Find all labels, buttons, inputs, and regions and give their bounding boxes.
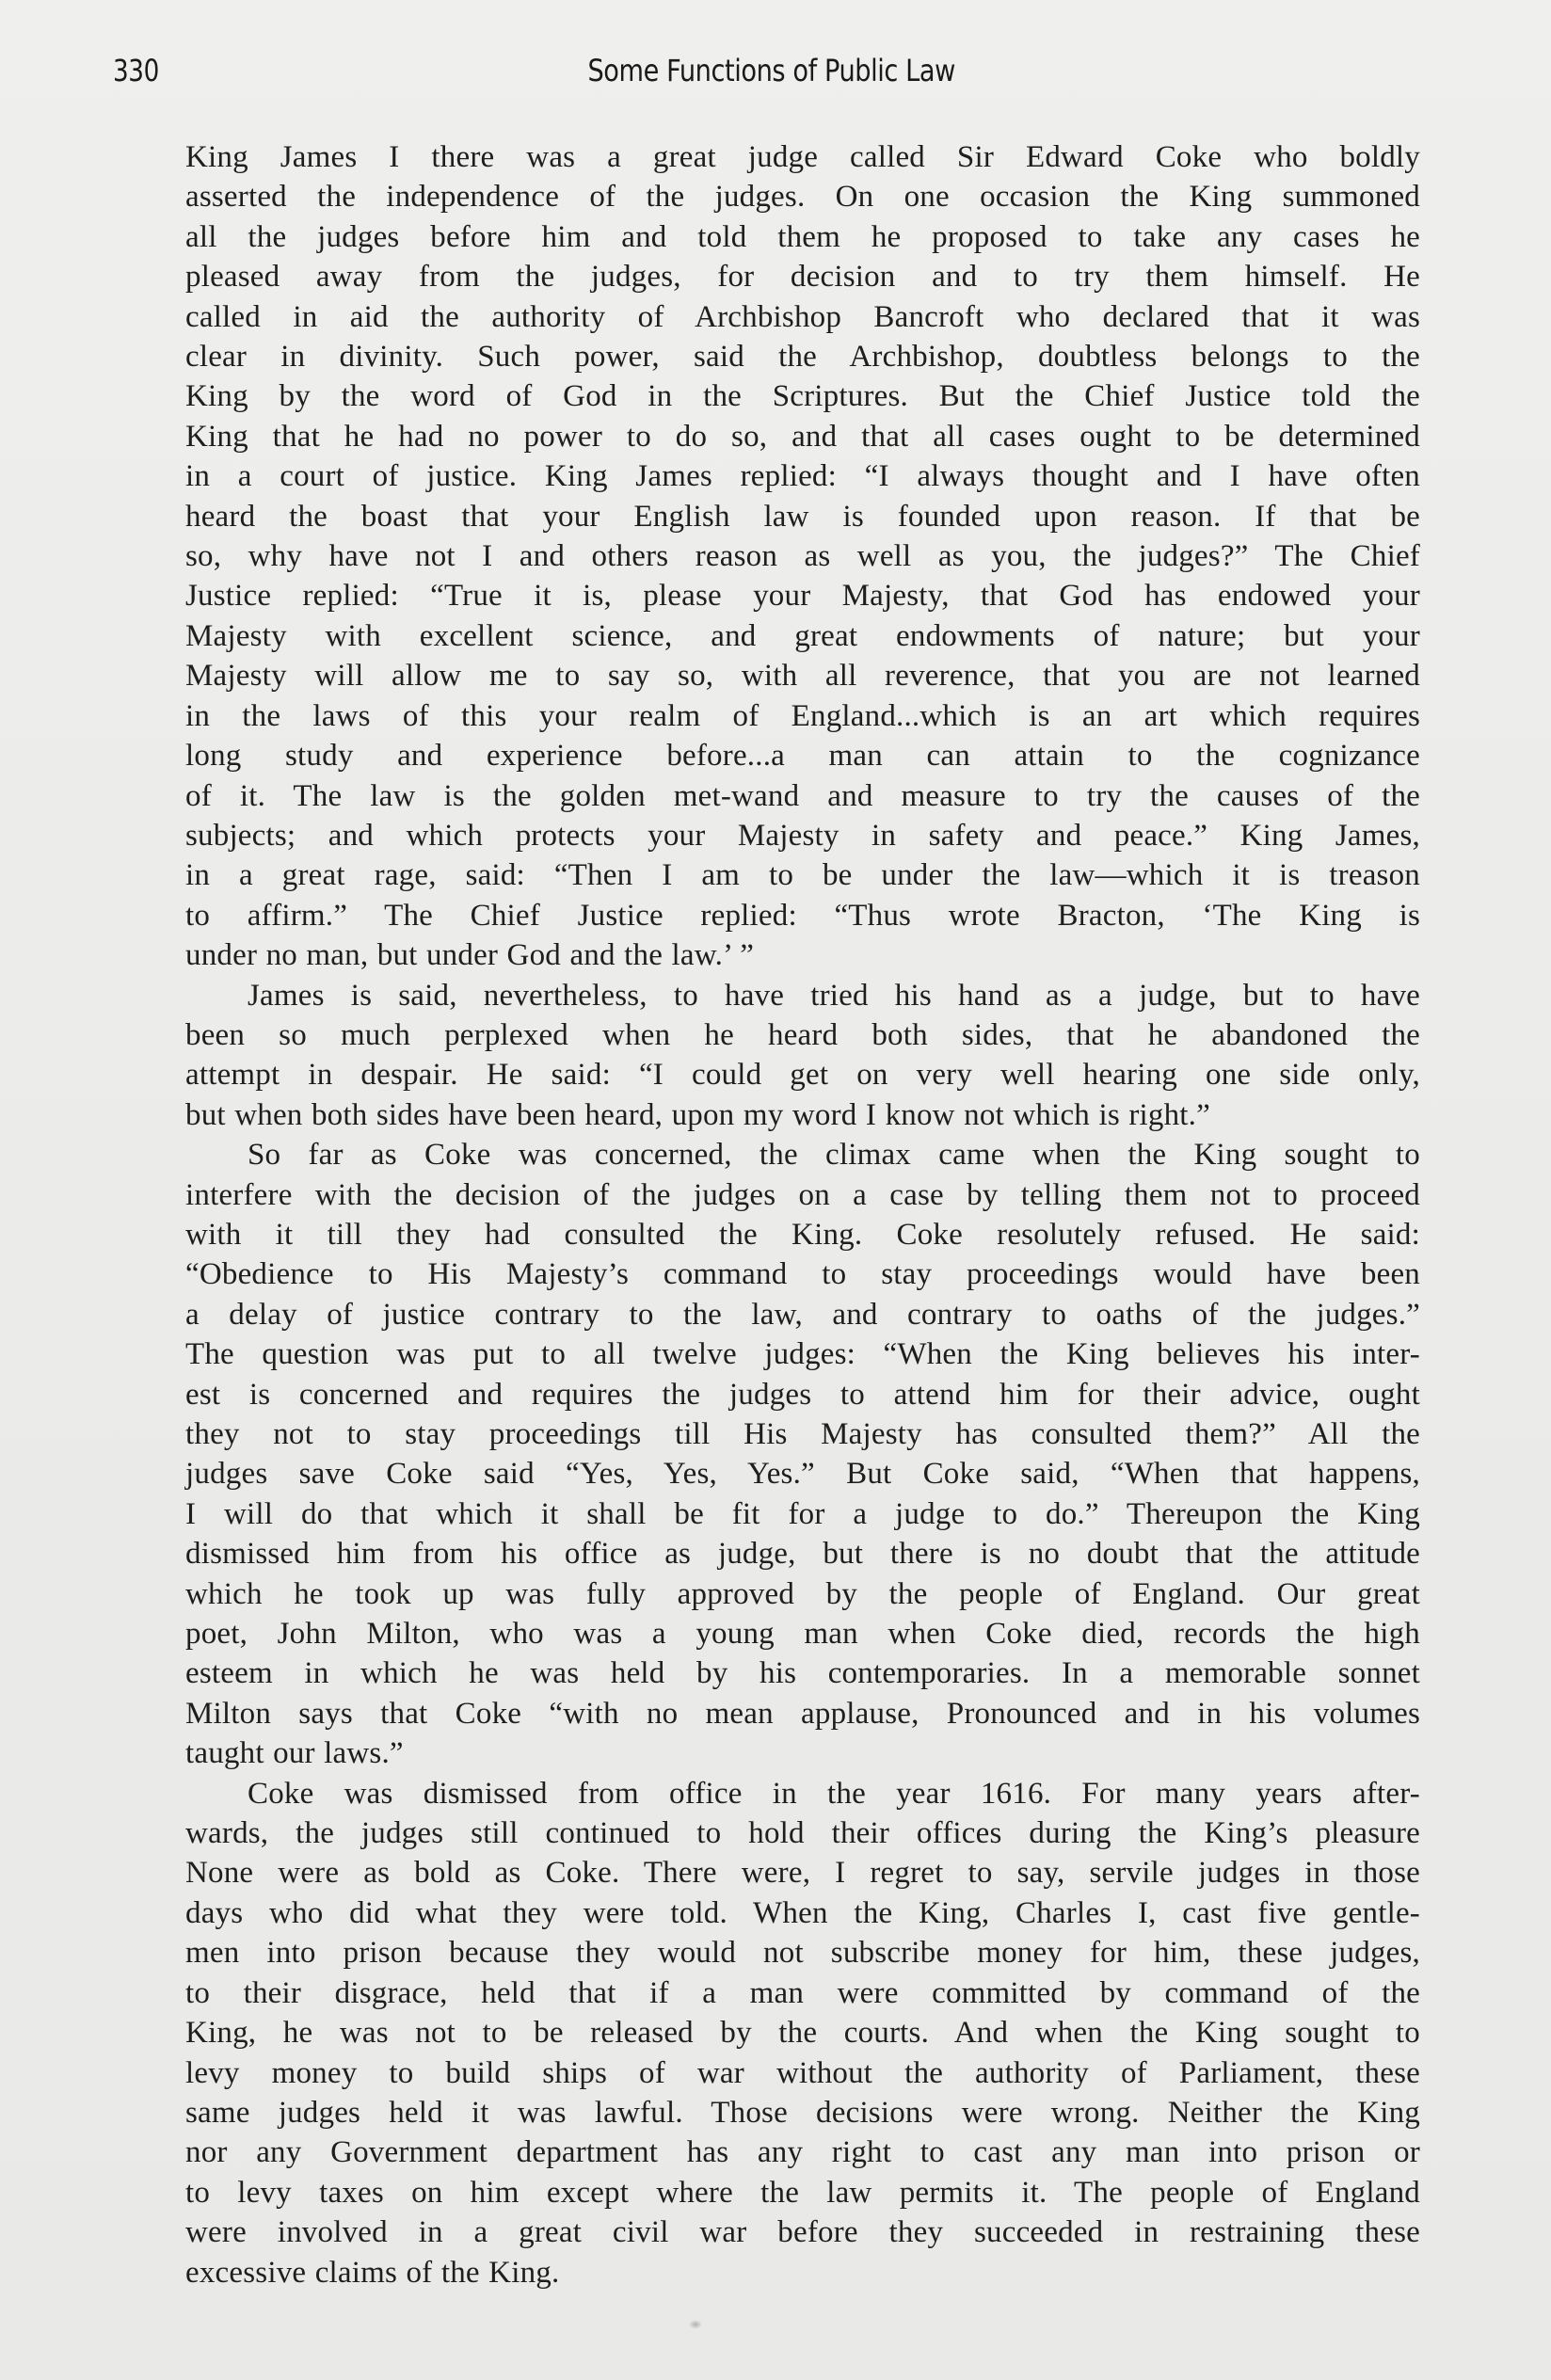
text-line: King James I there was a great judge cal… [185,137,1420,177]
paragraph-4: Coke was dismissed from office in the ye… [185,1774,1420,2292]
text-line: been so much perplexed when he heard bot… [185,1015,1420,1055]
text-line: long study and experience before...a man… [185,736,1420,775]
text-line: attempt in despair. He said: “I could ge… [185,1055,1420,1094]
text-line: so, why have not I and others reason as … [185,536,1420,576]
text-line: called in aid the authority of Archbisho… [185,297,1420,337]
text-line: nor any Government department has any ri… [185,2132,1420,2172]
text-line: to their disgrace, held that if a man we… [185,1973,1420,2013]
text-line: None were as bold as Coke. There were, I… [185,1853,1420,1893]
text-line: men into prison because they would not s… [185,1933,1420,1973]
text-line: I will do that which it shall be fit for… [185,1494,1420,1534]
text-line: King that he had no power to do so, and … [185,417,1420,456]
text-line: Majesty will allow me to say so, with al… [185,656,1420,695]
text-line: King by the word of God in the Scripture… [185,376,1420,416]
text-line: excessive claims of the King. [185,2253,1420,2292]
body-text: King James I there was a great judge cal… [185,137,1420,2292]
paragraph-2: James is said, nevertheless, to have tri… [185,976,1420,1136]
text-line: were involved in a great civil war befor… [185,2212,1420,2252]
text-line: levy money to build ships of war without… [185,2053,1420,2093]
text-line: of it. The law is the golden met-wand an… [185,776,1420,816]
text-line: but when both sides have been heard, upo… [185,1095,1420,1135]
text-line: So far as Coke was concerned, the climax… [185,1135,1420,1174]
text-line: Milton says that Coke “with no mean appl… [185,1694,1420,1733]
text-line: to levy taxes on him except where the la… [185,2173,1420,2212]
text-line: dismissed him from his office as judge, … [185,1534,1420,1573]
text-line: taught our laws.” [185,1733,1420,1773]
text-line: King, he was not to be released by the c… [185,2013,1420,2053]
paragraph-1: King James I there was a great judge cal… [185,137,1420,976]
text-line: under no man, but under God and the law.… [185,935,1420,975]
text-line: Coke was dismissed from office in the ye… [185,1774,1420,1813]
text-line: est is concerned and requires the judges… [185,1375,1420,1414]
text-line: a delay of justice contrary to the law, … [185,1295,1420,1334]
text-line: James is said, nevertheless, to have tri… [185,976,1420,1015]
text-line: which he took up was fully approved by t… [185,1574,1420,1614]
text-line: they not to stay proceedings till His Ma… [185,1414,1420,1454]
running-title-text: Some Functions of Public Law [588,53,955,88]
text-line: pleased away from the judges, for decisi… [185,257,1420,296]
text-line: The question was put to all twelve judge… [185,1334,1420,1374]
text-line: wards, the judges still continued to hol… [185,1813,1420,1853]
text-line: days who did what they were told. When t… [185,1893,1420,1933]
text-line: interfere with the decision of the judge… [185,1175,1420,1215]
text-line: poet, John Milton, who was a young man w… [185,1614,1420,1653]
running-head: 330 Some Functions of Public Law [113,53,1431,100]
text-line: in a great rage, said: “Then I am to be … [185,855,1420,895]
text-line: heard the boast that your English law is… [185,497,1420,536]
text-line: judges save Coke said “Yes, Yes, Yes.” B… [185,1454,1420,1493]
text-line: Justice replied: “True it is, please you… [185,576,1420,615]
text-line: clear in divinity. Such power, said the … [185,337,1420,376]
text-line: with it till they had consulted the King… [185,1215,1420,1254]
text-line: all the judges before him and told them … [185,217,1420,257]
text-line: “Obedience to His Majesty’s command to s… [185,1254,1420,1294]
text-line: Majesty with excellent science, and grea… [185,616,1420,656]
text-line: subjects; and which protects your Majest… [185,816,1420,855]
print-smudge [689,2320,702,2329]
text-line: asserted the independence of the judges.… [185,177,1420,216]
running-title: Some Functions of Public Law [113,53,1431,88]
text-line: esteem in which he was held by his conte… [185,1653,1420,1693]
text-line: same judges held it was lawful. Those de… [185,2093,1420,2132]
text-line: in the laws of this your realm of Englan… [185,696,1420,736]
text-line: to affirm.” The Chief Justice replied: “… [185,896,1420,935]
paragraph-3: So far as Coke was concerned, the climax… [185,1135,1420,1774]
book-page: 330 Some Functions of Public Law King Ja… [0,0,1551,2380]
text-line: in a court of justice. King James replie… [185,456,1420,496]
